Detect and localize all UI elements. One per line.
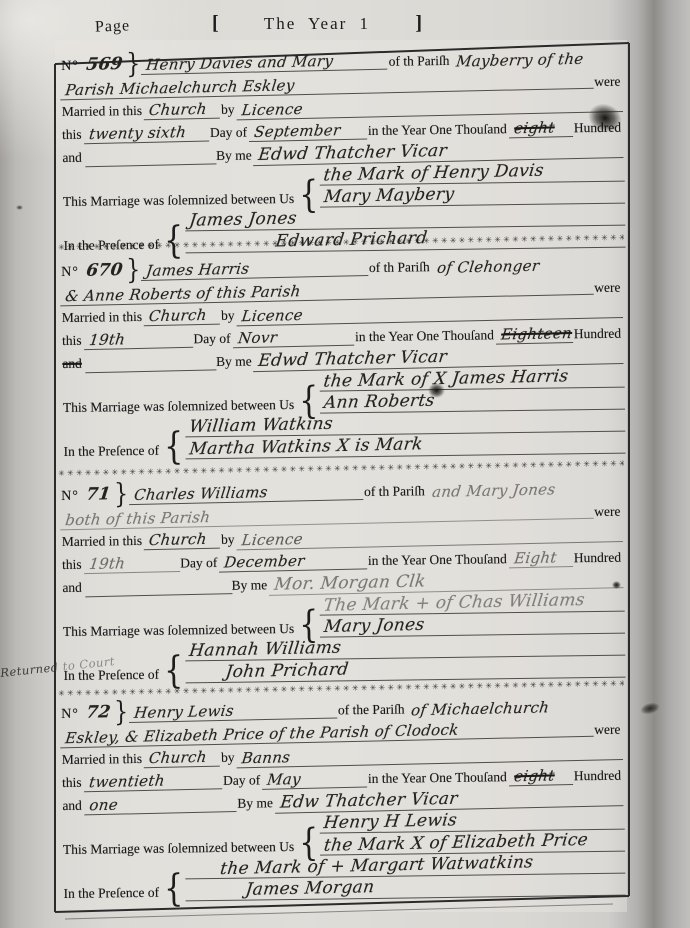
entry-number: 71	[81, 486, 113, 505]
day-of-label: Day of	[193, 332, 233, 348]
year-word: Eight	[509, 550, 575, 568]
no-label: N°	[61, 264, 82, 281]
open-bracket: [	[212, 12, 219, 35]
church-word: Church	[144, 308, 222, 327]
no-label: N°	[61, 58, 82, 75]
brace-icon: {	[297, 829, 320, 859]
month-word: May	[262, 771, 369, 790]
by-me-label: By me	[216, 149, 255, 165]
by-label: by	[221, 533, 238, 549]
brace-glyph: }	[112, 702, 130, 724]
presence-block: In the Preſence of { the Mark of + Marga…	[63, 852, 626, 903]
by-label: by	[221, 309, 238, 325]
brace-icon: {	[297, 181, 320, 211]
by-label: by	[221, 751, 238, 767]
solemnized-block: This Marriage was ſolemnized between Us …	[63, 590, 626, 641]
bride-signature: Ann Roberts	[319, 393, 438, 414]
year-label-printed: in the Year One Thouſand	[368, 122, 510, 140]
presence-block: In the Preſence of { Hannah Williams Joh…	[63, 634, 626, 685]
ink-blot	[428, 383, 445, 398]
by-me-label: By me	[232, 578, 271, 594]
brace-icon: {	[162, 874, 185, 904]
married-label: Married in this	[62, 310, 145, 327]
brace-icon: {	[162, 432, 185, 462]
entry-number: 670	[81, 262, 126, 281]
year-label-printed: in the Year One Thouſand	[368, 552, 510, 570]
were-label: were	[594, 75, 623, 91]
ink-blot	[612, 581, 621, 589]
brace-icon: {	[162, 656, 185, 686]
church-word: Church	[144, 750, 222, 769]
year-label: The Year 1	[264, 14, 370, 34]
witness-signature: James Jones	[184, 210, 300, 231]
month-word: Novr	[233, 329, 357, 349]
by-me-label: By me	[216, 355, 255, 371]
brace-glyph: }	[112, 484, 130, 506]
brace-icon: {	[297, 387, 320, 417]
church-word: Church	[144, 102, 222, 121]
day-word: 19th	[84, 331, 195, 350]
month-word: September	[249, 122, 369, 142]
page-label: Page	[95, 17, 131, 36]
of-parish-label: of th Pariſh	[364, 484, 428, 501]
and-label: and	[62, 151, 85, 167]
scanned-register-page: Page [ The Year 1 ] Returned to Court N°…	[0, 0, 690, 928]
this-label: this	[62, 776, 85, 792]
witness-signature: John Prichard	[184, 661, 351, 683]
this-label: this	[62, 334, 85, 350]
solemnized-block: This Marriage was ſolemnized between Us …	[63, 366, 626, 417]
of-parish-label: of the Pariſh	[338, 703, 408, 720]
year-label-printed: in the Year One Thouſand	[355, 328, 497, 346]
day-of-label: Day of	[223, 774, 263, 790]
day-word: twenty sixth	[84, 124, 212, 144]
presence-block: In the Preſence of { William Watkins Mar…	[63, 410, 626, 461]
married-label: Married in this	[62, 534, 145, 551]
year-label-printed: in the Year One Thouſand	[368, 770, 510, 788]
ink-blot	[639, 701, 661, 717]
of-parish-label: of th Pariſh	[369, 260, 433, 277]
close-bracket: ]	[415, 12, 422, 35]
witness-signature: James Morgan	[184, 879, 377, 901]
and-label: and	[62, 799, 85, 815]
witness-signature: Hannah Williams	[184, 640, 344, 661]
marriage-entry-3: N° 71 } Charles Williams of th Pariſh an…	[61, 475, 626, 685]
year-word: eight	[509, 120, 575, 138]
page-header: Page [ The Year 1 ]	[0, 10, 690, 40]
marriage-entry-2: N° 670 } James Harris of th Pariſh of Cl…	[61, 251, 626, 461]
bride-signature: Mary Maybery	[319, 186, 457, 207]
entry-number: 569	[81, 56, 126, 75]
ink-blot	[16, 205, 23, 210]
no-label: N°	[61, 488, 82, 505]
register-form: N° 569 } Henry Davies and Mary of th Par…	[55, 40, 627, 912]
hundred-label: Hundred	[574, 327, 624, 344]
day-of-label: Day of	[210, 126, 250, 142]
day-word: 19th	[84, 555, 182, 574]
marriage-entry-1: N° 569 } Henry Davies and Mary of th Par…	[61, 45, 626, 255]
were-label: were	[594, 505, 623, 521]
married-label: Married in this	[62, 752, 145, 769]
no-label: N°	[61, 706, 82, 723]
of-parish-label: of th Pariſh	[389, 54, 453, 71]
day-of-label: Day of	[180, 556, 220, 572]
year-word: Eighteen	[496, 326, 575, 345]
brace-glyph: }	[124, 260, 142, 282]
bride-signature: Mary Jones	[319, 617, 428, 637]
by-me-label: By me	[237, 796, 276, 812]
and-label: and	[62, 581, 85, 597]
hundred-label: Hundred	[574, 769, 624, 786]
church-word: Church	[144, 532, 222, 551]
this-label: this	[62, 128, 85, 144]
and-value: one	[84, 795, 239, 815]
witness-signature: Martha Watkins X is Mark	[184, 436, 425, 459]
this-label: this	[62, 558, 85, 574]
hundred-label: Hundred	[574, 551, 624, 568]
month-word: December	[219, 552, 369, 572]
year-heading: [ The Year 1 ]	[212, 12, 422, 35]
entry-number: 72	[81, 704, 113, 723]
presence-label: In the Preſence of	[63, 444, 162, 461]
presence-label: In the Preſence of	[63, 886, 162, 903]
brace-glyph: }	[124, 54, 142, 76]
day-word: twentieth	[84, 772, 225, 792]
solemnized-block: This Marriage was ſolemnized between Us …	[63, 160, 626, 211]
by-label: by	[221, 103, 238, 119]
marriage-entry-4: N° 72 } Henry Lewis of the Pariſh of Mic…	[61, 693, 626, 903]
year-word: eight	[509, 768, 575, 786]
brace-icon: {	[297, 611, 320, 641]
married-label: Married in this	[62, 104, 145, 121]
were-label: were	[594, 281, 623, 297]
solemnized-block: This Marriage was ſolemnized between Us …	[63, 808, 626, 859]
and-label: and	[62, 357, 85, 373]
were-label: were	[594, 723, 623, 739]
presence-label: In the Preſence of	[63, 668, 162, 685]
groom-signature: Henry H Lewis	[319, 812, 460, 833]
witness-signature: William Watkins	[184, 416, 336, 437]
